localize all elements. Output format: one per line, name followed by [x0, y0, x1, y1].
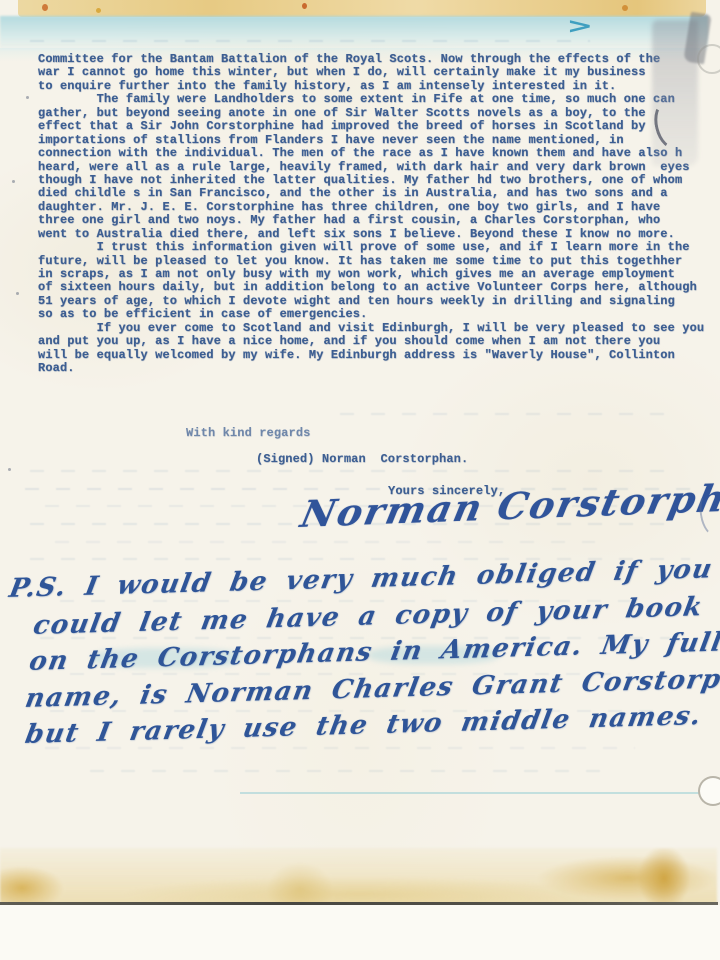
typed-line: heard, were all as a rule large, heavily… [38, 161, 710, 174]
typed-line: I trust this information given will prov… [38, 241, 710, 254]
typed-line: and put you up, as I have a nice home, a… [38, 335, 710, 348]
stain-speckle [96, 8, 101, 13]
typed-line: connection with the individual. The men … [38, 147, 710, 160]
punch-hole [698, 776, 720, 806]
arrow-mark-icon: > [567, 14, 593, 38]
typed-line: will be equally welcomed by my wife. My … [38, 349, 710, 362]
typed-line: effect that a Sir John Corstorphine had … [38, 120, 710, 133]
paper-speck [8, 468, 11, 471]
bleed-through-line [30, 470, 670, 472]
bleed-through-line [30, 40, 590, 42]
bleed-through-line [90, 770, 610, 772]
handwritten-signature: Norman Corstorphan. [297, 473, 720, 536]
paper-speck [26, 96, 29, 99]
typed-line: of sixteen hours daily, but in addition … [38, 281, 710, 294]
bleed-through-line [340, 413, 670, 415]
handwritten-postscript: P.S. I would be very much obliged if you… [0, 572, 710, 755]
typed-line: The family were Landholders to some exte… [38, 93, 710, 106]
stain-speckle [302, 3, 307, 9]
typed-line: died childle s in San Francisco, and the… [38, 187, 710, 200]
backing-sheet [0, 905, 720, 960]
closing-signed-line: (Signed) Norman Corstorphan. [256, 452, 468, 466]
typed-line: future, will be pleased to let you know.… [38, 255, 710, 268]
blue-bleed-band [0, 16, 708, 50]
typed-line: Road. [38, 362, 710, 375]
typed-line: so as to be efficient in case of emergen… [38, 308, 710, 321]
typed-letter-body: Committee for the Bantam Battalion of th… [38, 53, 710, 376]
letter-page: > Committee for the Bantam Battalion of … [0, 0, 720, 960]
bottom-stain-band [0, 848, 717, 904]
faint-ring-mark [697, 44, 720, 74]
paper-speck [12, 180, 15, 183]
closing-regards: With kind regards [186, 426, 310, 440]
typed-line: war I cannot go home this winter, but wh… [38, 66, 710, 79]
scratch-line [240, 792, 700, 794]
typed-line: three one girl and two noys. My father h… [38, 214, 710, 227]
paper-speck [16, 292, 19, 295]
top-stain-band [18, 0, 706, 17]
bleed-through-line [55, 541, 595, 543]
stain-speckle [622, 5, 628, 11]
stain-speckle [42, 4, 48, 11]
